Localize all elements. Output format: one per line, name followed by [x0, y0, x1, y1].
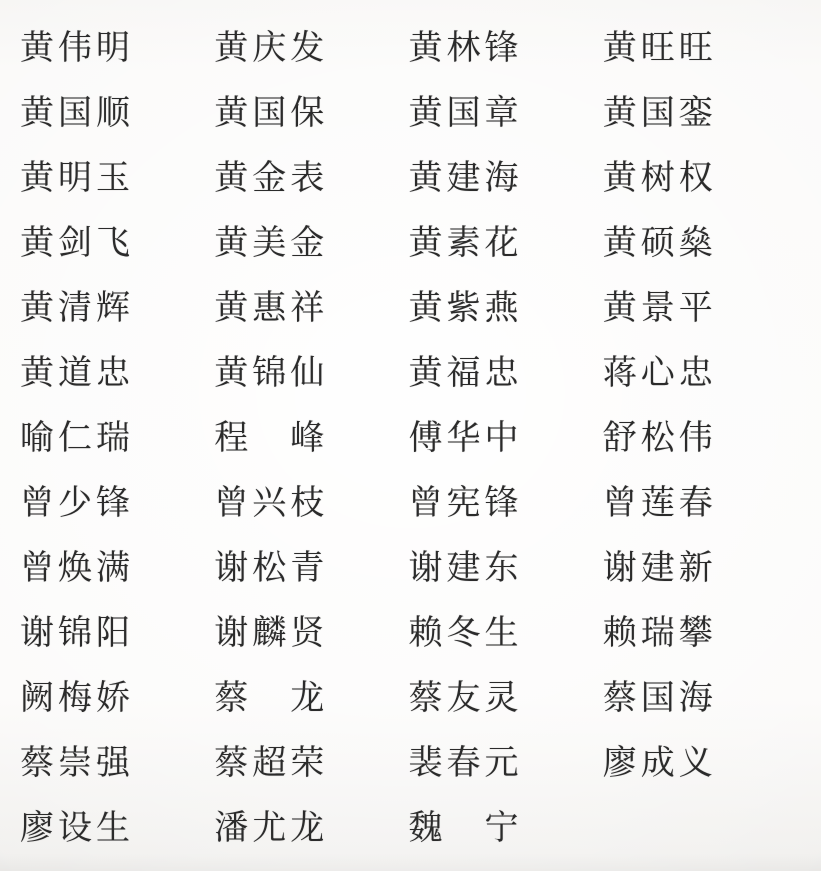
name-cell: 潘尤龙 [214, 792, 408, 857]
name-cell: 黄剑飞 [20, 207, 214, 272]
name-list-grid: 黄伟明 黄庆发 黄林锋 黄旺旺 黄国顺 黄国保 黄国章 黄国銮 黄明玉 黄金表 … [20, 12, 797, 861]
name-cell: 黄明玉 [20, 142, 214, 207]
name-cell: 谢建东 [409, 532, 603, 597]
name-cell: 黄建海 [409, 142, 603, 207]
name-cell: 黄林锋 [409, 12, 603, 77]
name-cell: 黄国顺 [20, 77, 214, 142]
name-cell: 廖设生 [20, 792, 214, 857]
name-cell: 曾少锋 [20, 467, 214, 532]
name-cell: 赖冬生 [409, 597, 603, 662]
name-cell: 蔡友灵 [409, 662, 603, 727]
name-cell: 蔡超荣 [214, 727, 408, 792]
name-cell: 黄惠祥 [214, 272, 408, 337]
name-cell: 喻仁瑞 [20, 402, 214, 467]
scanned-document-page: 黄伟明 黄庆发 黄林锋 黄旺旺 黄国顺 黄国保 黄国章 黄国銮 黄明玉 黄金表 … [0, 0, 821, 871]
name-cell: 蒋心忠 [603, 337, 797, 402]
name-cell: 黄锦仙 [214, 337, 408, 402]
name-cell: 黄庆发 [214, 12, 408, 77]
name-cell: 黄道忠 [20, 337, 214, 402]
name-cell: 黄清辉 [20, 272, 214, 337]
name-cell: 阙梅娇 [20, 662, 214, 727]
name-cell: 蔡崇强 [20, 727, 214, 792]
name-cell: 黄国銮 [603, 77, 797, 142]
name-cell: 曾焕满 [20, 532, 214, 597]
name-cell: 谢锦阳 [20, 597, 214, 662]
name-cell: 黄紫燕 [409, 272, 603, 337]
name-cell: 黄旺旺 [603, 12, 797, 77]
name-cell: 谢建新 [603, 532, 797, 597]
name-cell: 黄树权 [603, 142, 797, 207]
name-cell: 蔡 龙 [214, 662, 408, 727]
name-cell: 黄美金 [214, 207, 408, 272]
name-cell: 傅华中 [409, 402, 603, 467]
name-cell: 廖成义 [603, 727, 797, 792]
name-cell: 黄素花 [409, 207, 603, 272]
name-cell: 黄硕燊 [603, 207, 797, 272]
name-cell: 曾宪锋 [409, 467, 603, 532]
name-cell: 黄国保 [214, 77, 408, 142]
name-cell: 黄伟明 [20, 12, 214, 77]
name-cell: 黄福忠 [409, 337, 603, 402]
name-cell: 黄景平 [603, 272, 797, 337]
name-cell: 黄金表 [214, 142, 408, 207]
name-cell: 谢松青 [214, 532, 408, 597]
name-cell: 黄国章 [409, 77, 603, 142]
name-cell: 程 峰 [214, 402, 408, 467]
name-cell: 魏 宁 [409, 792, 603, 857]
name-cell: 蔡国海 [603, 662, 797, 727]
name-cell: 谢麟贤 [214, 597, 408, 662]
name-cell: 曾莲春 [603, 467, 797, 532]
name-cell: 曾兴枝 [214, 467, 408, 532]
name-cell: 裴春元 [409, 727, 603, 792]
name-cell: 舒松伟 [603, 402, 797, 467]
name-cell: 赖瑞攀 [603, 597, 797, 662]
name-cell [603, 792, 797, 857]
